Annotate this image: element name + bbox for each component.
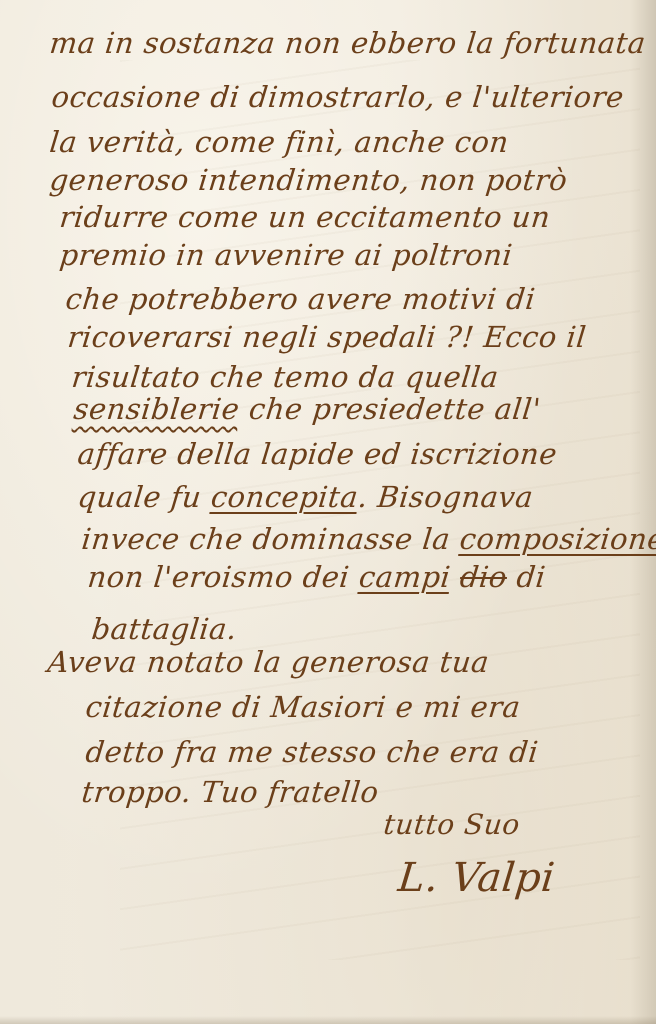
- underlined-word: concepita: [209, 480, 360, 514]
- line-text: occasione di dimostrarlo, e l'ulteriore: [50, 80, 626, 114]
- line-text: affare della lapide ed iscrizione: [76, 437, 559, 471]
- line-text: premio in avvenire ai poltroni: [58, 238, 514, 272]
- letter-line-19: troppo. Tuo fratello: [80, 775, 380, 809]
- letter-line-3: la verità, come finì, anche con: [48, 125, 511, 159]
- letter-line-13: invece che dominasse la composizione: [80, 522, 656, 556]
- line-text: ma in sostanza non ebbero la fortunata: [48, 26, 647, 60]
- letter-page: ma in sostanza non ebbero la fortunata o…: [0, 0, 656, 1024]
- line-text: generoso intendimento, non potrò: [48, 163, 569, 197]
- letter-line-16: Aveva notato la generosa tua: [46, 645, 491, 679]
- signature-text: L. Valpi: [396, 855, 557, 901]
- letter-line-5: ridurre come un eccitamento un: [58, 200, 552, 234]
- letter-line-6: premio in avvenire ai poltroni: [58, 238, 514, 272]
- letter-line-17: citazione di Masiori e mi era: [84, 690, 522, 724]
- line-text: di: [505, 560, 547, 594]
- letter-line-1: ma in sostanza non ebbero la fortunata: [48, 26, 647, 60]
- letter-line-2: occasione di dimostrarlo, e l'ulteriore: [50, 80, 626, 114]
- line-text: non l'eroismo dei: [86, 560, 361, 594]
- letter-signature: L. Valpi: [396, 855, 557, 901]
- line-text: invece che dominasse la: [80, 522, 462, 556]
- struck-word: dio: [458, 560, 508, 594]
- letter-line-7: che potrebbero avere motivi di: [64, 282, 537, 316]
- letter-closing: tutto Suo: [382, 808, 522, 841]
- line-text: che potrebbero avere motivi di: [64, 282, 537, 316]
- letter-line-11: affare della lapide ed iscrizione: [76, 437, 559, 471]
- line-text: che presiedette all': [238, 392, 543, 426]
- line-text: la verità, come finì, anche con: [48, 125, 511, 159]
- underlined-word: composizione: [458, 522, 656, 556]
- letter-line-12: quale fu concepita. Bisognava: [76, 480, 535, 514]
- line-text: quale fu: [76, 480, 213, 514]
- line-text: ricoverarsi negli spedali ?! Ecco il: [66, 320, 588, 354]
- letter-line-14: non l'eroismo dei campi dio di: [86, 560, 547, 594]
- closing-text: tutto Suo: [382, 808, 522, 841]
- line-text: ridurre come un eccitamento un: [58, 200, 552, 234]
- line-text: troppo. Tuo fratello: [80, 775, 380, 809]
- letter-line-9: risultato che temo da quella: [70, 360, 500, 394]
- letter-line-15: battaglia.: [90, 612, 239, 646]
- line-text: . Bisognava: [356, 480, 535, 514]
- letter-line-4: generoso intendimento, non potrò: [48, 163, 569, 197]
- letter-line-8: ricoverarsi negli spedali ?! Ecco il: [66, 320, 588, 354]
- letter-line-18: detto fra me stesso che era di: [84, 735, 540, 769]
- line-text: Aveva notato la generosa tua: [46, 645, 491, 679]
- underlined-word: sensiblerie: [72, 392, 241, 426]
- underlined-word: campi: [357, 560, 452, 594]
- line-text: battaglia.: [90, 612, 239, 646]
- line-text: risultato che temo da quella: [70, 360, 500, 394]
- line-text: detto fra me stesso che era di: [84, 735, 540, 769]
- line-text: citazione di Masiori e mi era: [84, 690, 522, 724]
- letter-line-10: sensiblerie che presiedette all': [72, 392, 542, 426]
